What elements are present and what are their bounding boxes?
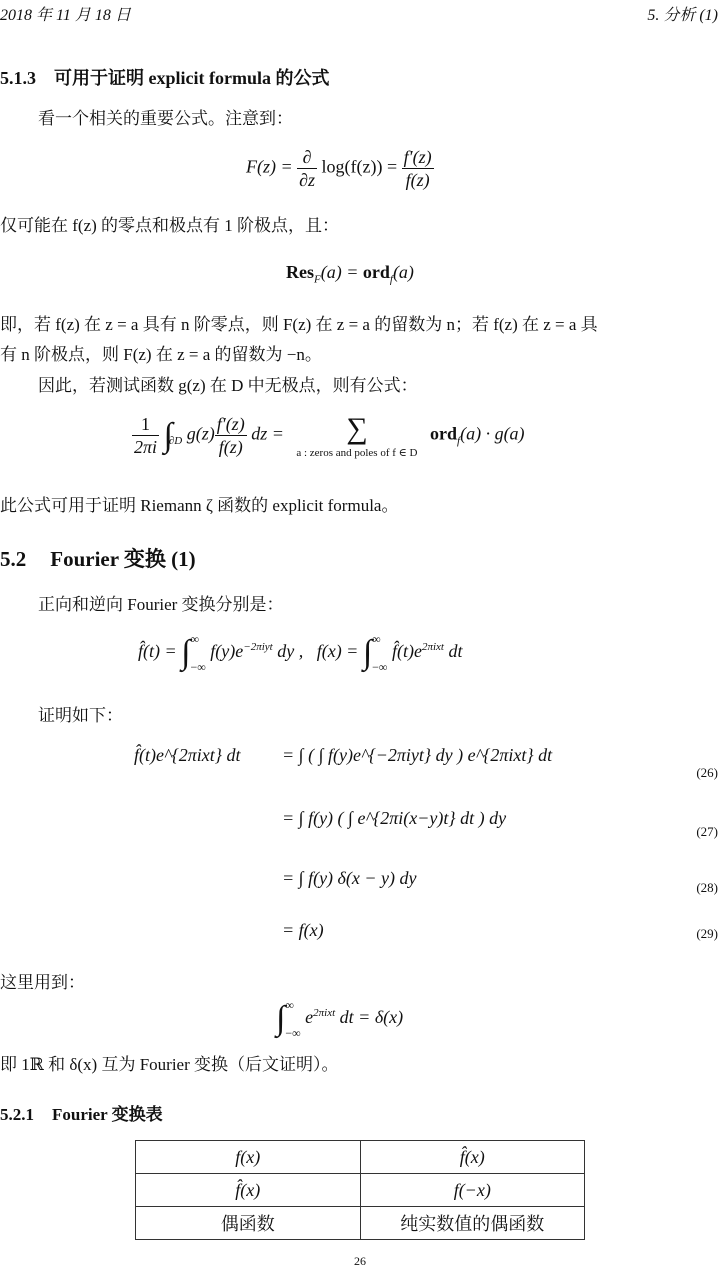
derivation-line-27: = ∫ f(y) ( ∫ e^{2πi(x−y)t} dt ) dy	[282, 808, 506, 829]
paragraph: 即 1ℝ 和 δ(x) 互为 Fourier 变换（后文证明）。	[0, 1052, 339, 1078]
section-title: 可用于证明 explicit formula 的公式	[54, 68, 329, 88]
paragraph: 因此，若测试函数 g(z) 在 D 中无极点，则有公式：	[38, 373, 418, 399]
partial-fraction: ∂∂z	[297, 146, 317, 191]
paragraph: 此公式可用于证明 Riemann ζ 函数的 explicit formula。	[0, 493, 398, 519]
f-ratio-fraction: f′(z)f(z)	[402, 146, 434, 191]
equation-number: (29)	[696, 926, 718, 942]
derivation-line-26: = ∫ ( ∫ f(y)e^{−2πiyt} dy ) e^{2πixt} dt	[282, 745, 552, 766]
coef-fraction: 12πi	[132, 413, 159, 458]
paragraph: 证明如下：	[38, 703, 123, 729]
table-cell: f̂(x)	[360, 1141, 585, 1174]
derivation-line-29: = f(x)	[282, 920, 324, 941]
equation-fourier-pair: f̂(t) = ∫∞−∞ f(y)e−2πiyt dy , f(x) = ∫∞−…	[138, 632, 463, 674]
paragraph-line: 有 n 阶极点，则 F(z) 在 z = a 的留数为 −n。	[0, 342, 322, 368]
table-row: f(x) f̂(x)	[136, 1141, 585, 1174]
equation-number: (27)	[696, 824, 718, 840]
table-row: 偶函数 纯实数值的偶函数	[136, 1207, 585, 1240]
page-number: 26	[0, 1254, 720, 1267]
table-cell: f(x)	[136, 1141, 361, 1174]
equation-delta: ∫∞−∞ e2πixt dt = δ(x)	[276, 998, 403, 1040]
equation-number: (26)	[696, 765, 718, 781]
header-date: 2018 年 11 月 18 日	[0, 2, 131, 25]
eq-mid: log(f(z)) =	[322, 157, 398, 177]
derivation-lhs: f̂(t)e^{2πixt} dt	[134, 745, 240, 766]
table-cell: f(−x)	[360, 1174, 585, 1207]
fourier-transform-table: f(x) f̂(x) f̂(x) f(−x) 偶函数 纯实数值的偶函数	[135, 1140, 585, 1240]
section-heading-5-2: 5.2Fourier 变换 (1)	[0, 543, 196, 573]
eq-lhs: F(z) =	[246, 157, 293, 177]
table-cell: f̂(x)	[136, 1174, 361, 1207]
table-cell: 纯实数值的偶函数	[360, 1207, 585, 1240]
header-chapter: 5. 分析 (1)	[647, 2, 718, 25]
section-number: 5.2	[0, 547, 26, 572]
equation-log-derivative: F(z) = ∂∂z log(f(z)) = f′(z)f(z)	[246, 146, 434, 191]
section-number: 5.1.3	[0, 68, 36, 89]
derivation-line-28: = ∫ f(y) δ(x − y) dy	[282, 868, 417, 889]
section-heading-5-2-1: 5.2.1Fourier 变换表	[0, 1100, 163, 1125]
equation-argument-principle: 12πi ∫∂D g(z)f′(z)f(z) dz = ∑ a : zeros …	[132, 412, 525, 459]
paragraph: 看一个相关的重要公式。注意到：	[38, 106, 293, 132]
paragraph: 正向和逆向 Fourier 变换分别是：	[38, 592, 284, 618]
paragraph: 这里用到：	[0, 970, 85, 996]
table-row: f̂(x) f(−x)	[136, 1174, 585, 1207]
paragraph: 仅可能在 f(z) 的零点和极点有 1 阶极点，且：	[0, 213, 339, 239]
section-heading-5-1-3: 5.1.3可用于证明 explicit formula 的公式	[0, 64, 329, 90]
equation-residue: ResF(a) = ordf(a)	[286, 262, 414, 286]
equation-number: (28)	[696, 880, 718, 896]
section-number: 5.2.1	[0, 1105, 34, 1125]
section-title: Fourier 变换 (1)	[50, 547, 195, 571]
paragraph-line: 即，若 f(z) 在 z = a 具有 n 阶零点，则 F(z) 在 z = a…	[0, 312, 598, 338]
section-title: Fourier 变换表	[52, 1105, 163, 1124]
table-cell: 偶函数	[136, 1207, 361, 1240]
